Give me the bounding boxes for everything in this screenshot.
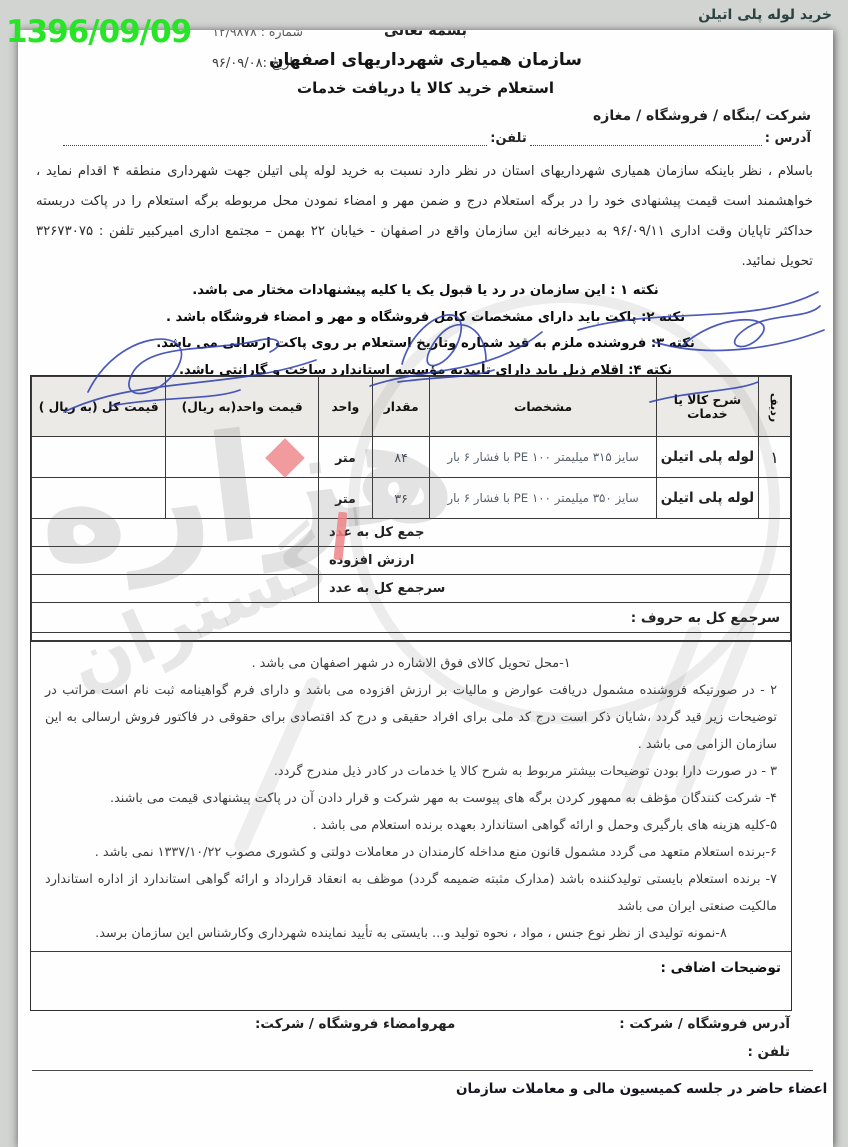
intro-paragraph: باسلام ، نظر باینکه سازمان همیاری شهردار… [36,157,813,277]
cell-row-number [759,478,791,519]
shop-address-label: آدرس فروشگاه / شرکت : [619,1016,790,1032]
table-row: لوله پلی اتیلن سایز ۳۵۰ میلیمتر PE ۱۰۰ ب… [32,478,791,519]
condition-5: ۵-کلیه هزینه های بارگیری وحمل و ارائه گو… [45,812,777,839]
note-2: نکته ۲: پاکت باید دارای مشخصات کامل فروش… [18,305,833,332]
form-title: استعلام خرید کالا یا دریافت خدمات [18,79,833,97]
condition-4: ۴- شرکت کنندگان مؤظف به ممهور کردن برگه … [45,785,777,812]
address-dotted-line [530,133,762,146]
table-row: ۱ لوله پلی اتیلن سایز ۳۱۵ میلیمتر PE ۱۰۰… [32,437,791,478]
window-title: خرید لوله پلی اتیلن [698,7,832,23]
header-unit: واحد [318,377,372,437]
screenshot-root: { "page": { "title": "خرید لوله پلی اتیل… [0,0,848,1147]
header-row-number: ردیف [759,377,791,437]
sum-in-words-label: سرجمع کل به حروف : [32,603,791,633]
scanned-document-page: شماره : ۱۲/۹۸۷۸ تاریخ :۹۶/۰۹/۰۸ بسمه تعا… [18,30,833,1147]
spacer-row [32,633,791,641]
total-row-grand: سرجمع کل به عدد [32,575,791,603]
grand-total-value [32,575,319,603]
scan-date-stamp: 1396/09/09 [6,14,191,50]
cell-row-number: ۱ [759,437,791,478]
additional-notes-label: توضیحات اضافی : [31,951,791,1010]
note-3: نکته ۳: فروشنده ملزم به قید شماره وتاریخ… [18,331,833,358]
conditions-block: ۱-محل تحویل کالای فوق الاشاره در شهر اصف… [31,641,791,951]
cell-item: لوله پلی اتیلن [656,437,758,478]
footer-divider-line [32,1070,813,1071]
total-sum-value [32,519,319,547]
vat-value [32,547,319,575]
inquiry-form-box: ردیف شرح کالا یا خدمات مشخصات مقدار واحد… [30,375,792,1011]
cell-unit: متر [318,437,372,478]
total-sum-label: جمع کل به عدد [318,519,790,547]
vat-label: ارزش افزوده [318,547,790,575]
header-specifications: مشخصات [430,377,656,437]
header-quantity: مقدار [372,377,430,437]
cell-total-price [32,478,166,519]
cell-unit-price [166,437,319,478]
address-label: آدرس : [765,131,811,146]
cell-qty: ۳۶ [372,478,430,519]
committee-members-line: اعضاء حاضر در جلسه کمیسیون مالی و معاملا… [456,1081,827,1097]
note-1: نکته ۱ : این سازمان در رد یا قبول یک یا … [18,278,833,305]
organization-name: سازمان همیاری شهرداریهای اصفهان [18,50,833,70]
cell-spec: سایز ۳۵۰ میلیمتر PE ۱۰۰ با فشار ۶ بار [430,478,656,519]
cell-spec: سایز ۳۱۵ میلیمتر PE ۱۰۰ با فشار ۶ بار [430,437,656,478]
address-phone-row: آدرس : تلفن: [60,131,811,146]
cell-item: لوله پلی اتیلن [656,478,758,519]
grand-total-label: سرجمع کل به عدد [318,575,790,603]
condition-2: ۲ - در صورتیکه فروشنده مشمول دریافت عوار… [45,677,777,758]
cell-total-price [32,437,166,478]
shop-phone-label: تلفن : [747,1044,790,1060]
total-row-vat: ارزش افزوده [32,547,791,575]
condition-6: ۶-برنده استعلام متعهد می گردد مشمول قانو… [45,839,777,866]
condition-7: ۷- برنده استعلام بایستی تولیدکننده باشد … [45,866,777,920]
sum-in-words-row: سرجمع کل به حروف : [32,603,791,633]
phone-dotted-line [63,133,487,146]
header-total-price: قیمت کل (به ریال ) [32,377,166,437]
header-item-description: شرح کالا یا خدمات [656,377,758,437]
condition-8: ۸-نمونه تولیدی از نظر نوع جنس ، مواد ، ن… [45,920,777,947]
cell-qty: ۸۴ [372,437,430,478]
stamp-signature-label: مهروامضاء فروشگاه / شرکت: [255,1016,455,1032]
table-header-row: ردیف شرح کالا یا خدمات مشخصات مقدار واحد… [32,377,791,437]
total-row-sum: جمع کل به عدد [32,519,791,547]
notes-block: نکته ۱ : این سازمان در رد یا قبول یک یا … [18,278,833,384]
phone-label: تلفن: [490,131,526,146]
company-field-label: شرکت /بنگاه / فروشگاه / مغازه [593,108,811,124]
items-table: ردیف شرح کالا یا خدمات مشخصات مقدار واحد… [31,376,791,641]
condition-3: ۳ - در صورت دارا بودن توضیحات بیشتر مربو… [45,758,777,785]
header-unit-price: قیمت واحد(به ریال) [166,377,319,437]
condition-1: ۱-محل تحویل کالای فوق الاشاره در شهر اصف… [45,650,777,677]
cell-unit: متر [318,478,372,519]
cell-unit-price [166,478,319,519]
